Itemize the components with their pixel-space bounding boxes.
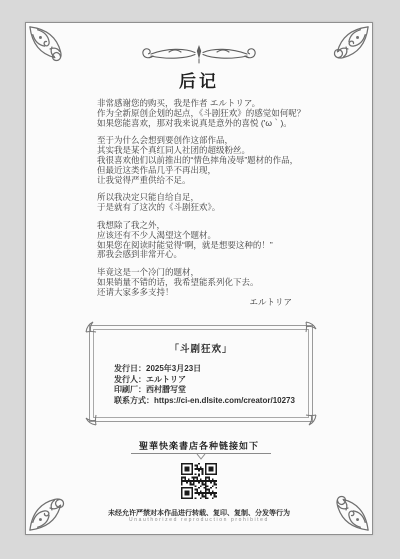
text-line: 如果您能喜欢，那对我来说真是意外的喜悦 ('ω｀)。 — [97, 119, 342, 129]
corner-curl-icon — [84, 413, 98, 427]
screenshot-root: { "colors": { "canvas_bg": "#d9d9d9", "p… — [0, 0, 400, 559]
document-page: 后记 非常感谢您的购买，我是作者 エルトリア。作为全新原创企划的起点，《斗剧狂欢… — [25, 22, 373, 535]
author-signature: エルトリア — [249, 296, 292, 308]
arrow-divider — [131, 453, 271, 461]
text-line: 那我会感到非常开心。 — [97, 250, 342, 260]
paragraph: 毕竟这是一个冷门的题材，如果销量不错的话，我希望能系列化下去。还请大家多多支持！ — [97, 268, 342, 297]
corner-curl-icon — [304, 320, 318, 334]
paragraph: 至于为什么会想到要创作这部作品，其实我是某个真红同人社团的超级粉丝。我很喜欢他们… — [97, 136, 342, 185]
page-title: 后记 — [26, 67, 372, 92]
paragraph: 非常感谢您的购买，我是作者 エルトリア。作为全新原创企划的起点，《斗剧狂欢》的感… — [97, 99, 342, 128]
paragraph: 所以我决定只能自给自足，于是就有了这次的《斗剧狂欢》。 — [97, 193, 342, 213]
chevron-down-icon — [196, 454, 206, 460]
corner-curl-icon — [84, 320, 98, 334]
paragraph: 我想除了我之外，应该还有不少人渴望这个题材。如果您在阅读时能觉得“啊，就是想要这… — [97, 221, 342, 260]
qr-modules — [181, 463, 217, 499]
text-line: 还请大家多多支持！ — [97, 288, 342, 298]
qr-code — [181, 463, 217, 499]
text-line: 于是就有了这次的《斗剧狂欢》。 — [97, 203, 342, 213]
colophon-box: 「斗剧狂欢」 发行日：2025年3月23日发行人：エルトリア印刷厂：西村謄写堂联… — [89, 325, 313, 422]
store-links-heading: 聖華快楽書店各种链接如下 — [26, 439, 372, 452]
copyright-notice-en: Unauthorized reproduction prohibited — [26, 517, 372, 523]
divider-flourish-icon — [26, 43, 372, 65]
corner-curl-icon — [304, 413, 318, 427]
colophon-inner-frame — [93, 329, 309, 418]
afterword-text: 非常感谢您的购买，我是作者 エルトリア。作为全新原创企划的起点，《斗剧狂欢》的感… — [97, 99, 342, 306]
text-line: 让我觉得严重供给不足。 — [97, 176, 342, 186]
